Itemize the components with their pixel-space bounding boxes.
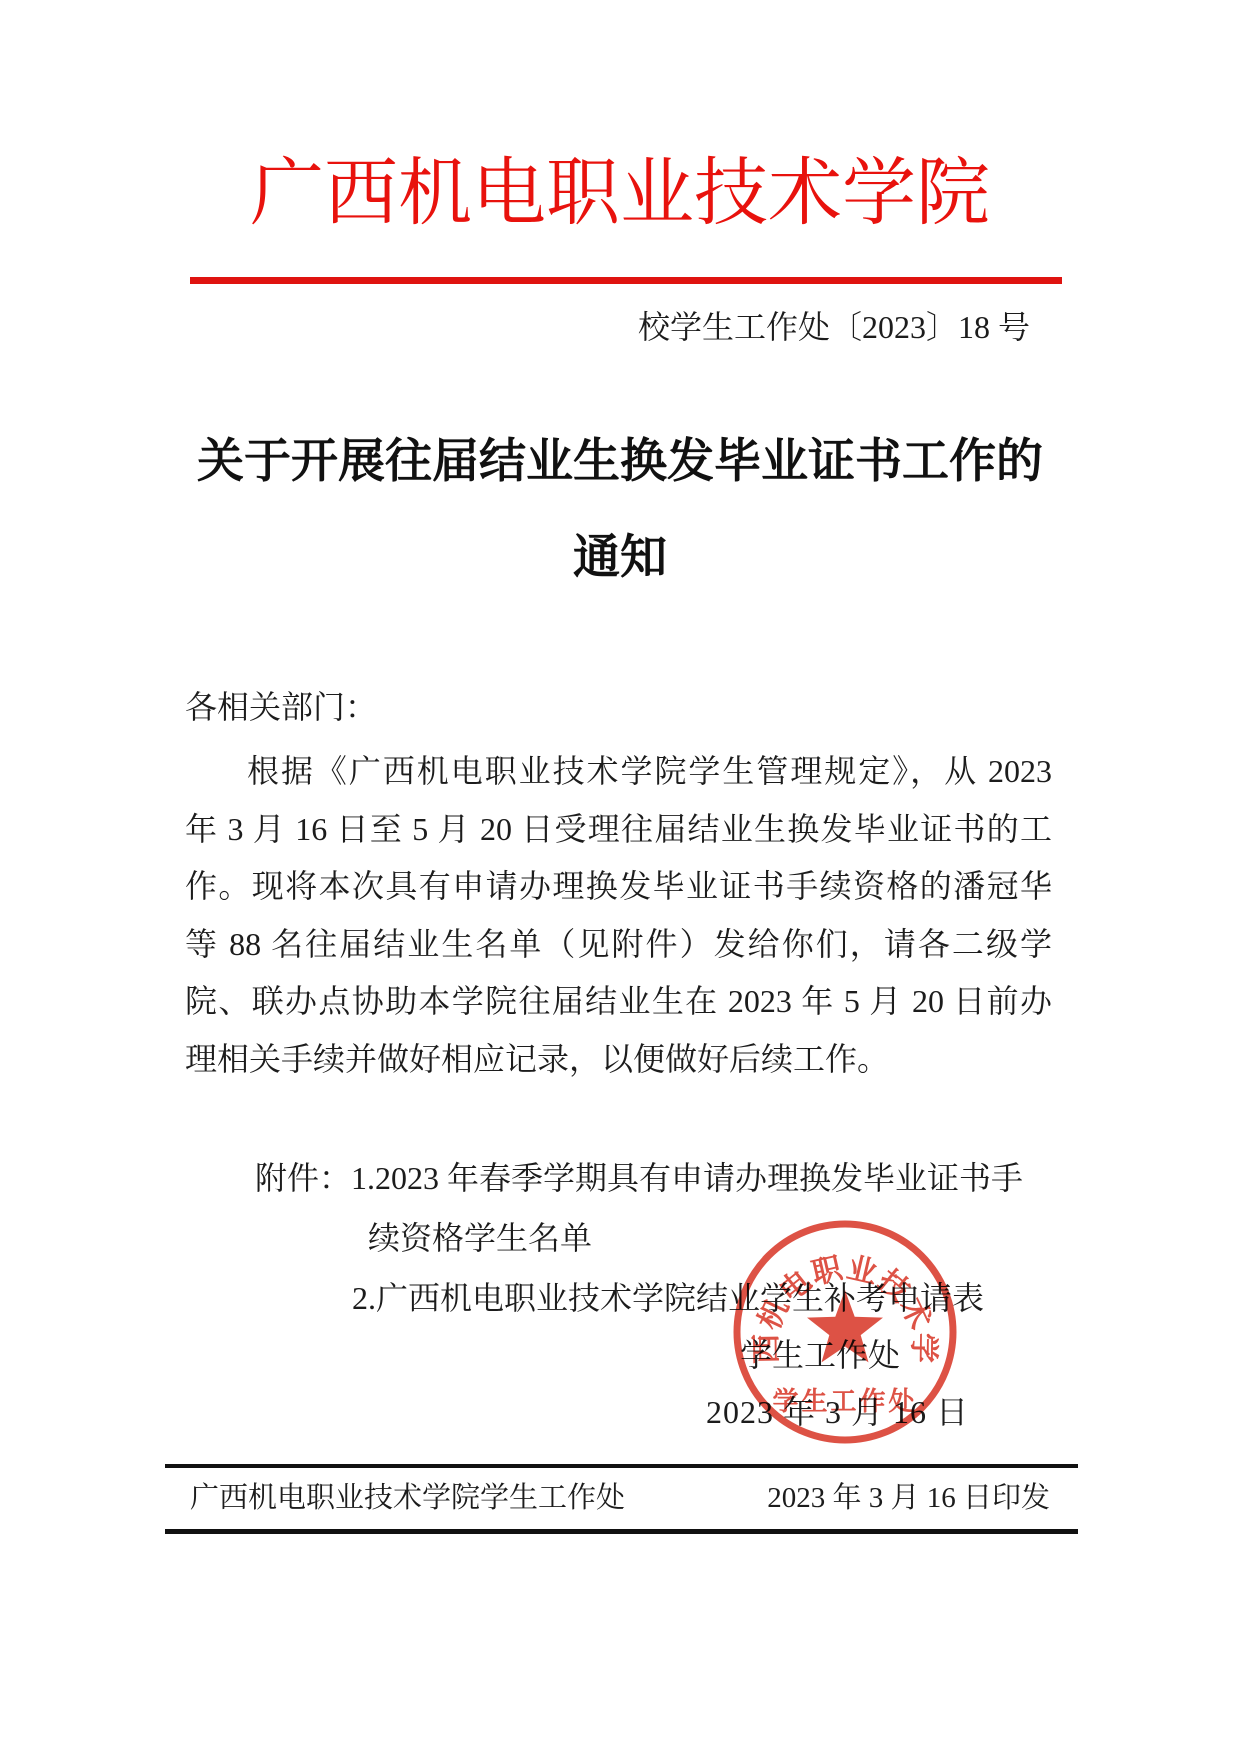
paragraph-line: 根据《广西机电职业技术学院学生管理规定》，从 2023 (185, 743, 1052, 801)
red-divider-line (190, 277, 1062, 284)
footer-print-date: 2023 年 3 月 16 日印发 (767, 1482, 1050, 1514)
paragraph-line: 等 88 名往届结业生名单（见附件）发给你们，请各二级学 (185, 916, 1052, 974)
paragraph-line: 作。现将本次具有申请办理换发毕业证书手续资格的潘冠华 (185, 858, 1052, 916)
attachment-line-2: 续资格学生名单 (368, 1208, 592, 1268)
official-seal-stamp: 广西机电职业技术学院 学生工作处 (730, 1217, 960, 1447)
stamp-bottom-text: 学生工作处 (772, 1387, 917, 1416)
stamp-star-icon (807, 1290, 883, 1362)
salutation: 各相关部门： (185, 679, 377, 737)
footer-divider-bottom (165, 1529, 1078, 1534)
document-number: 校学生工作处〔2023〕18 号 (638, 305, 1030, 349)
notice-document-page: 广西机电职业技术学院 校学生工作处〔2023〕18 号 关于开展往届结业生换发毕… (0, 0, 1240, 1753)
footer-row: 广西机电职业技术学院学生工作处 2023 年 3 月 16 日印发 (190, 1482, 1050, 1514)
paragraph-line: 院、联办点协助本学院往届结业生在 2023 年 5 月 20 日前办 (185, 973, 1052, 1031)
footer-issuer: 广西机电职业技术学院学生工作处 (190, 1482, 625, 1514)
paragraph-line: 理相关手续并做好相应记录，以便做好后续工作。 (185, 1031, 1052, 1089)
notice-title-line2: 通知 (0, 529, 1240, 587)
footer-divider-top (165, 1464, 1078, 1468)
main-paragraph: 根据《广西机电职业技术学院学生管理规定》，从 2023 年 3 月 16 日至 … (185, 743, 1052, 1088)
attachment-line-1: 附件：1.2023 年春季学期具有申请办理换发毕业证书手 (255, 1148, 1023, 1208)
notice-title-line1: 关于开展往届结业生换发毕业证书工作的 (0, 433, 1240, 491)
paragraph-line: 年 3 月 16 日至 5 月 20 日受理往届结业生换发毕业证书的工 (185, 801, 1052, 859)
school-name-header: 广西机电职业技术学院 (0, 150, 1240, 238)
